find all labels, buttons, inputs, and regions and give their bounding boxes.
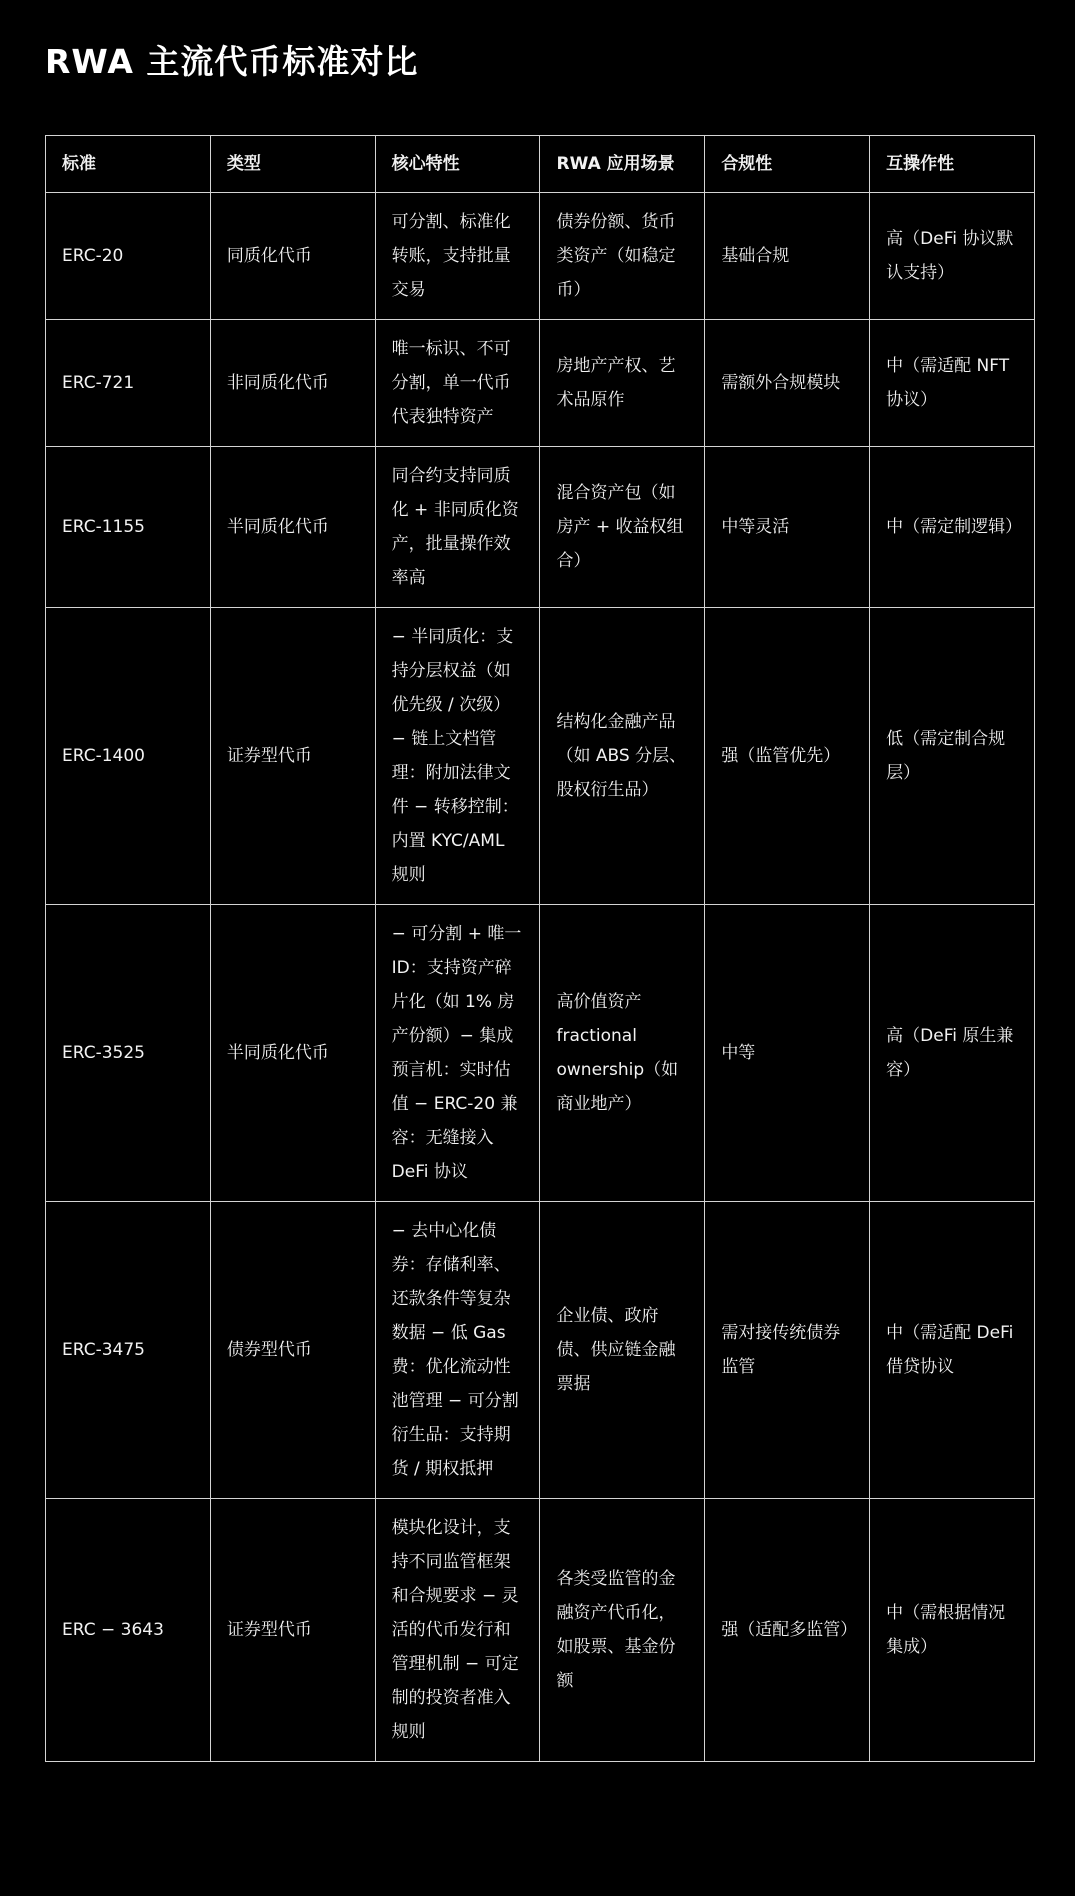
- cell-features: − 半同质化：支持分层权益（如优先级 / 次级）− 链上文档管理：附加法律文件 …: [375, 608, 540, 905]
- table-row-erc3525: ERC-3525 半同质化代币 − 可分割 + 唯一 ID：支持资产碎片化（如 …: [46, 905, 1035, 1202]
- cell-interoperability: 中（需适配 NFT 协议）: [870, 320, 1035, 447]
- cell-scenario: 结构化金融产品（如 ABS 分层、股权衍生品）: [540, 608, 705, 905]
- page-title: RWA 主流代币标准对比: [45, 36, 1030, 83]
- cell-standard: ERC-1155: [46, 447, 211, 608]
- table-row-erc1155: ERC-1155 半同质化代币 同合约支持同质化 + 非同质化资产，批量操作效率…: [46, 447, 1035, 608]
- cell-type: 半同质化代币: [210, 447, 375, 608]
- cell-type: 债券型代币: [210, 1202, 375, 1499]
- cell-standard: ERC-1400: [46, 608, 211, 905]
- table-row-erc3643: ERC − 3643 证券型代币 模块化设计，支持不同监管框架和合规要求 − 灵…: [46, 1499, 1035, 1762]
- table-row-erc1400: ERC-1400 证券型代币 − 半同质化：支持分层权益（如优先级 / 次级）−…: [46, 608, 1035, 905]
- table-row-erc721: ERC-721 非同质化代币 唯一标识、不可分割，单一代币代表独特资产 房地产产…: [46, 320, 1035, 447]
- col-header-compliance: 合规性: [705, 136, 870, 193]
- cell-type: 证券型代币: [210, 1499, 375, 1762]
- cell-compliance: 需对接传统债券监管: [705, 1202, 870, 1499]
- cell-scenario: 高价值资产 fractional ownership（如商业地产）: [540, 905, 705, 1202]
- cell-compliance: 基础合规: [705, 193, 870, 320]
- cell-type: 非同质化代币: [210, 320, 375, 447]
- table-header: 标准 类型 核心特性 RWA 应用场景 合规性 互操作性: [46, 136, 1035, 193]
- cell-scenario: 企业债、政府债、供应链金融票据: [540, 1202, 705, 1499]
- cell-type: 同质化代币: [210, 193, 375, 320]
- table-row-erc20: ERC-20 同质化代币 可分割、标准化转账，支持批量交易 债券份额、货币类资产…: [46, 193, 1035, 320]
- cell-scenario: 债券份额、货币类资产（如稳定币）: [540, 193, 705, 320]
- col-header-interoperability: 互操作性: [870, 136, 1035, 193]
- cell-standard: ERC − 3643: [46, 1499, 211, 1762]
- cell-features: 唯一标识、不可分割，单一代币代表独特资产: [375, 320, 540, 447]
- cell-interoperability: 中（需根据情况集成）: [870, 1499, 1035, 1762]
- cell-features: 可分割、标准化转账，支持批量交易: [375, 193, 540, 320]
- cell-compliance: 需额外合规模块: [705, 320, 870, 447]
- col-header-features: 核心特性: [375, 136, 540, 193]
- cell-features: 同合约支持同质化 + 非同质化资产，批量操作效率高: [375, 447, 540, 608]
- cell-compliance: 中等灵活: [705, 447, 870, 608]
- page: RWA 主流代币标准对比 标准 类型 核心特性 RWA 应用场景 合规性 互操作…: [0, 0, 1075, 1896]
- col-header-standard: 标准: [46, 136, 211, 193]
- header-row: 标准 类型 核心特性 RWA 应用场景 合规性 互操作性: [46, 136, 1035, 193]
- table-body: ERC-20 同质化代币 可分割、标准化转账，支持批量交易 债券份额、货币类资产…: [46, 193, 1035, 1762]
- col-header-scenario: RWA 应用场景: [540, 136, 705, 193]
- cell-interoperability: 中（需定制逻辑）: [870, 447, 1035, 608]
- cell-interoperability: 中（需适配 DeFi 借贷协议: [870, 1202, 1035, 1499]
- cell-interoperability: 低（需定制合规层）: [870, 608, 1035, 905]
- cell-scenario: 混合资产包（如房产 + 收益权组合）: [540, 447, 705, 608]
- cell-standard: ERC-721: [46, 320, 211, 447]
- cell-interoperability: 高（DeFi 协议默认支持）: [870, 193, 1035, 320]
- cell-compliance: 强（适配多监管）: [705, 1499, 870, 1762]
- token-standards-comparison-table: 标准 类型 核心特性 RWA 应用场景 合规性 互操作性 ERC-20 同质化代…: [45, 135, 1035, 1762]
- cell-compliance: 强（监管优先）: [705, 608, 870, 905]
- cell-interoperability: 高（DeFi 原生兼容）: [870, 905, 1035, 1202]
- cell-standard: ERC-3475: [46, 1202, 211, 1499]
- cell-features: − 去中心化债券：存储利率、还款条件等复杂数据 − 低 Gas 费：优化流动性池…: [375, 1202, 540, 1499]
- cell-standard: ERC-20: [46, 193, 211, 320]
- cell-standard: ERC-3525: [46, 905, 211, 1202]
- cell-compliance: 中等: [705, 905, 870, 1202]
- cell-scenario: 各类受监管的金融资产代币化，如股票、基金份额: [540, 1499, 705, 1762]
- cell-type: 证券型代币: [210, 608, 375, 905]
- table-row-erc3475: ERC-3475 债券型代币 − 去中心化债券：存储利率、还款条件等复杂数据 −…: [46, 1202, 1035, 1499]
- cell-features: 模块化设计，支持不同监管框架和合规要求 − 灵活的代币发行和管理机制 − 可定制…: [375, 1499, 540, 1762]
- cell-scenario: 房地产产权、艺术品原作: [540, 320, 705, 447]
- cell-features: − 可分割 + 唯一 ID：支持资产碎片化（如 1% 房产份额）− 集成预言机：…: [375, 905, 540, 1202]
- col-header-type: 类型: [210, 136, 375, 193]
- cell-type: 半同质化代币: [210, 905, 375, 1202]
